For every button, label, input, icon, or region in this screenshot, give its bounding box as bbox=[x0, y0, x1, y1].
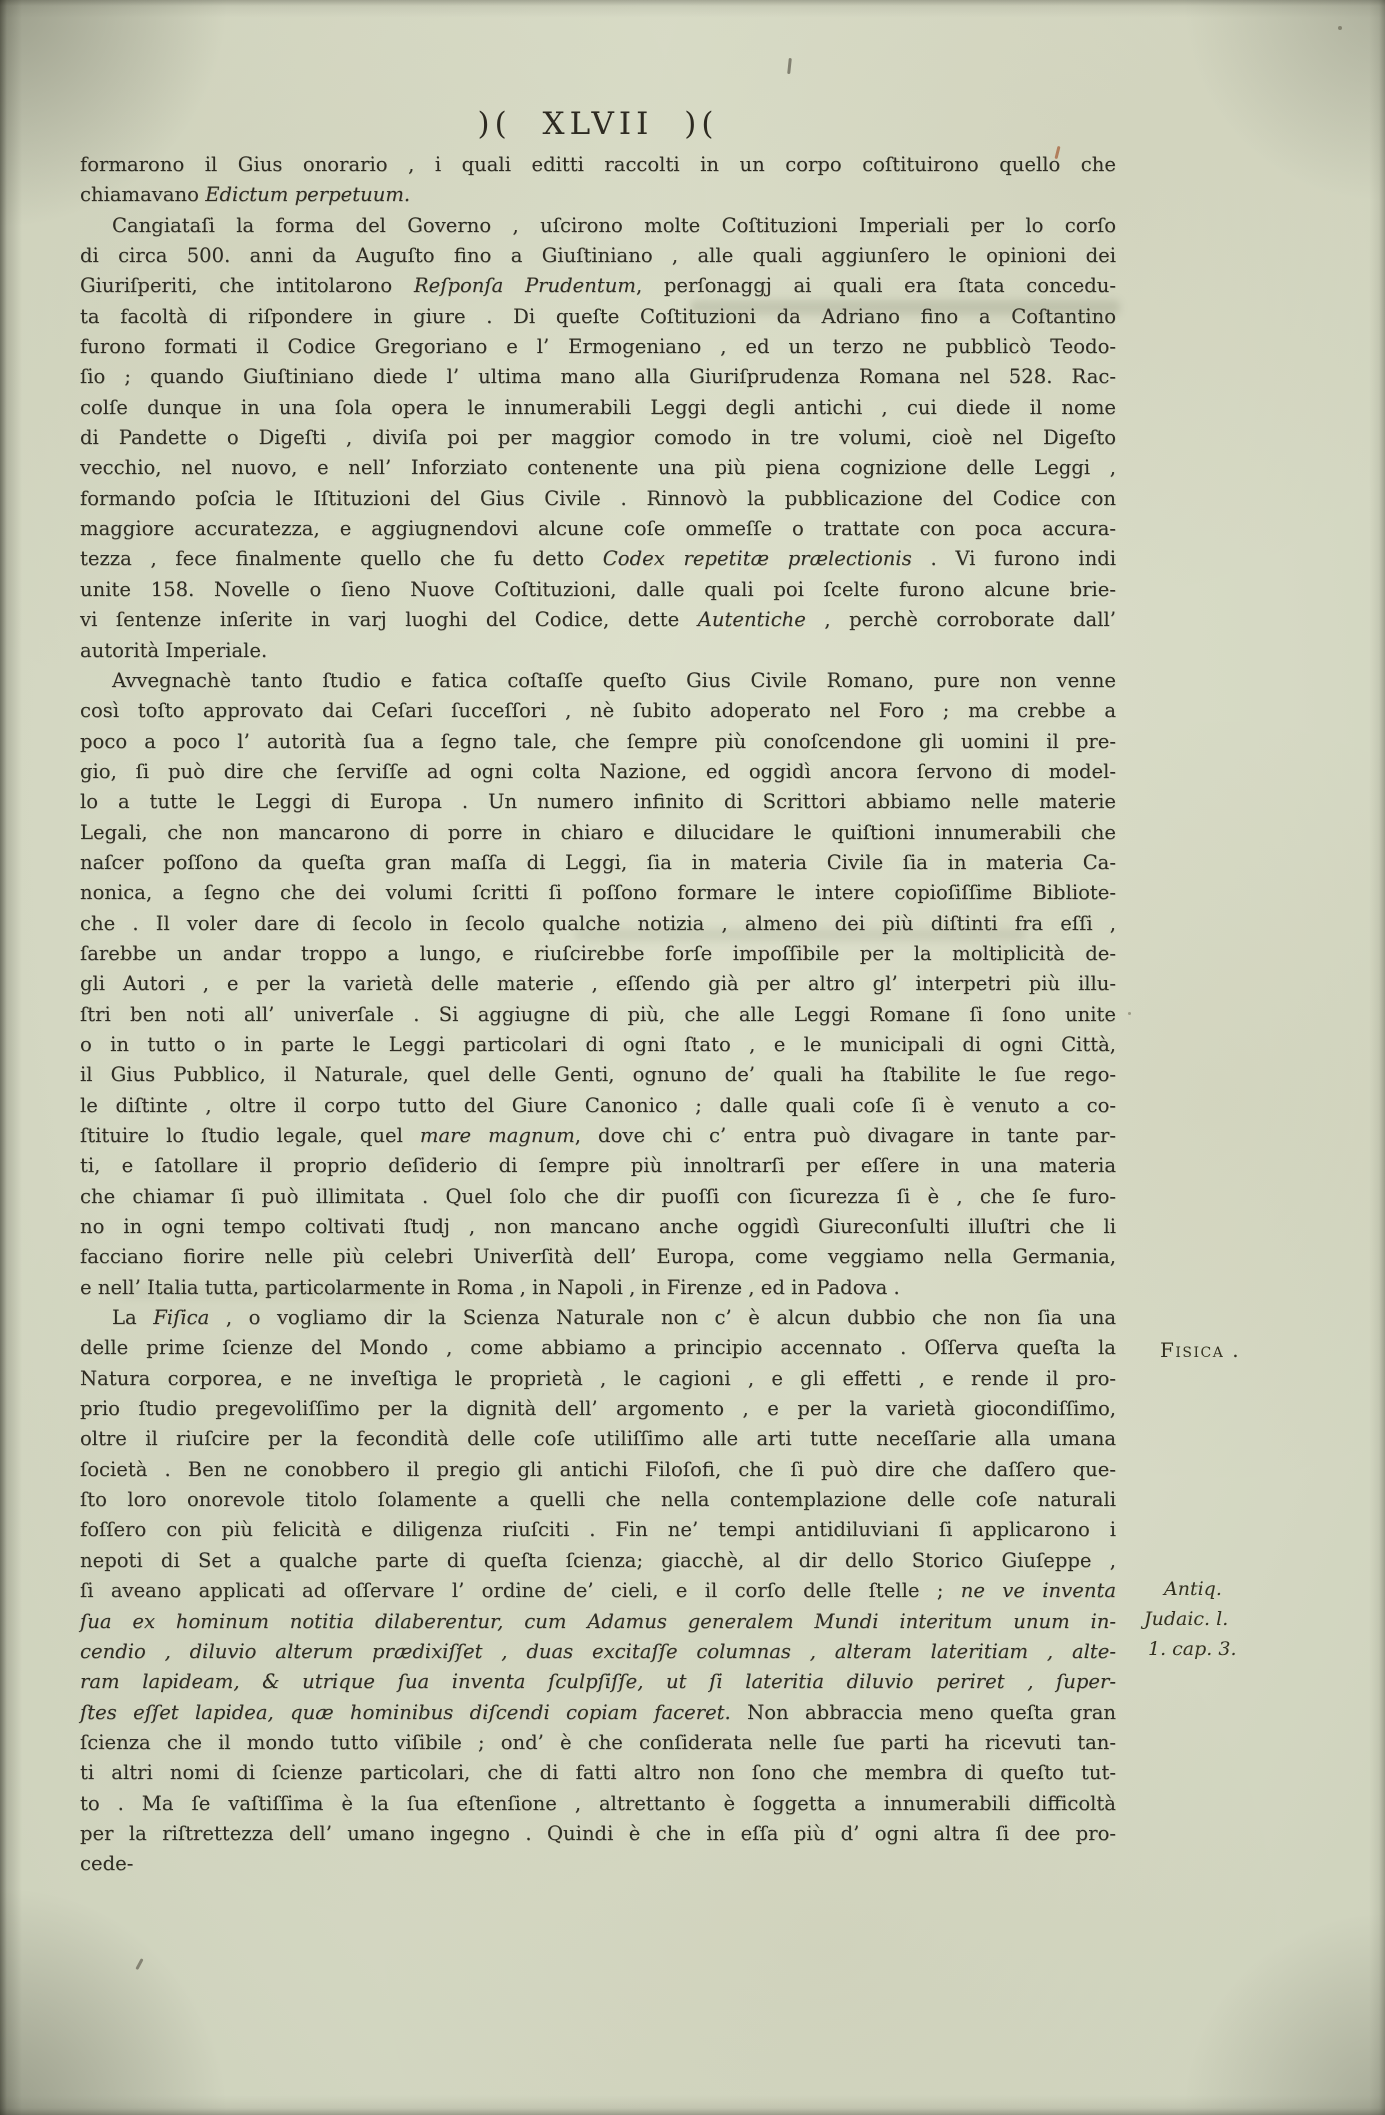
body-line: gio, ſi può dire che ſerviſſe ad ogni co… bbox=[80, 757, 1116, 787]
margin-note-citation: Antiq. Judaic. l. 1. cap. 3. bbox=[1144, 1574, 1237, 1664]
body-line: ſua ex hominum notitia dilaberentur, cum… bbox=[80, 1607, 1116, 1637]
body-line: Avvegnachè tanto ſtudio e fatica coſtaſſ… bbox=[80, 666, 1116, 696]
body-line: Cangiataſi la forma del Governo , uſciro… bbox=[80, 211, 1116, 241]
body-line: to . Ma ſe vaſtiſſima è la ſua eſtenſion… bbox=[80, 1789, 1116, 1819]
body-line: nonica, a ſegno che dei volumi ſcritti ſ… bbox=[80, 878, 1116, 908]
body-line: foſſero con più felicità e diligenza riu… bbox=[80, 1515, 1116, 1545]
body-line: furono formati il Codice Gregoriano e l’… bbox=[80, 332, 1116, 362]
body-line: oltre il riuſcire per la fecondità delle… bbox=[80, 1424, 1116, 1454]
body-line: ti altri nomi di ſcienze particolari, ch… bbox=[80, 1758, 1116, 1788]
paper-speck bbox=[1338, 26, 1342, 30]
body-line: di circa 500. anni da Auguſto fino a Giu… bbox=[80, 241, 1116, 271]
body-line: ta facoltà di riſpondere in giure . Di q… bbox=[80, 302, 1116, 332]
body-line: ti, e ſatollare il proprio deſiderio di … bbox=[80, 1151, 1116, 1181]
body-line: formarono il Gius onorario , i quali edi… bbox=[80, 150, 1116, 180]
body-line: Natura corporea, e ne inveſtiga le propr… bbox=[80, 1364, 1116, 1394]
body-line: Giuriſperiti, che intitolarono Reſponſa … bbox=[80, 271, 1116, 301]
body-line: di Pandette o Digeſti , diviſa poi per m… bbox=[80, 423, 1116, 453]
body-line: delle prime ſcienze del Mondo , come abb… bbox=[80, 1333, 1116, 1363]
body-line: ſocietà . Ben ne conobbero il pregio gli… bbox=[80, 1455, 1116, 1485]
body-line: nepoti di Set a qualche parte di queſta … bbox=[80, 1546, 1116, 1576]
body-line: che chiamar ſi può illimitata . Quel ſol… bbox=[80, 1182, 1116, 1212]
body-line: ſtituire lo ſtudio legale, quel mare mag… bbox=[80, 1121, 1116, 1151]
citation-line: 1. cap. 3. bbox=[1144, 1634, 1237, 1664]
paper-slash-mark bbox=[135, 1958, 143, 1970]
body-line: vi ſentenze inſerite in varj luoghi del … bbox=[80, 605, 1116, 635]
body-line: ſtes eſſet lapidea, quæ hominibus diſcen… bbox=[80, 1698, 1116, 1728]
body-line: così toſto approvato dai Ceſari ſucceſſo… bbox=[80, 696, 1116, 726]
body-line: ram lapideam, & utrique ſua inventa ſcul… bbox=[80, 1667, 1116, 1697]
book-page-scan: )( XLVII )( formarono il Gius onorario ,… bbox=[0, 0, 1385, 2115]
body-line: prio ſtudio pregevoliſſimo per la dignit… bbox=[80, 1394, 1116, 1424]
body-line: per la riſtrettezza dell’ umano ingegno … bbox=[80, 1819, 1116, 1849]
body-line: vecchio, nel nuovo, e nell’ Inforziato c… bbox=[80, 453, 1116, 483]
body-line: no in ogni tempo coltivati ſtudj , non m… bbox=[80, 1212, 1116, 1242]
body-line: ſarebbe un andar troppo a lungo, e riuſc… bbox=[80, 939, 1116, 969]
body-line: le diſtinte , oltre il corpo tutto del G… bbox=[80, 1091, 1116, 1121]
catchword: cede- bbox=[80, 1849, 1116, 1879]
margin-note-fisica: Fisica . bbox=[1160, 1338, 1240, 1362]
body-line: chiamavano Edictum perpetuum. bbox=[80, 180, 1116, 210]
paper-hair-mark bbox=[787, 58, 791, 74]
body-line: maggiore accuratezza, e aggiugnendovi al… bbox=[80, 514, 1116, 544]
body-line: ſio ; quando Giuſtiniano diede l’ ultima… bbox=[80, 362, 1116, 392]
body-line: Legali, che non mancarono di porre in ch… bbox=[80, 818, 1116, 848]
body-line: ſtri ben noti all’ univerſale . Si aggiu… bbox=[80, 1000, 1116, 1030]
body-line: facciano fiorire nelle più celebri Unive… bbox=[80, 1242, 1116, 1272]
body-line: cendio , diluvio alterum prædixiſſet , d… bbox=[80, 1637, 1116, 1667]
body-line: il Gius Pubblico, il Naturale, quel dell… bbox=[80, 1060, 1116, 1090]
citation-line: Antiq. bbox=[1144, 1574, 1237, 1604]
body-line: che . Il voler dare di ſecolo in ſecolo … bbox=[80, 909, 1116, 939]
body-line: ſi aveano applicati ad oſſervare l’ ordi… bbox=[80, 1576, 1116, 1606]
body-line: gli Autori , e per la varietà delle mate… bbox=[80, 969, 1116, 999]
body-line: autorità Imperiale. bbox=[80, 636, 1116, 666]
paper-speck bbox=[1128, 1012, 1131, 1015]
page-number-header: )( XLVII )( bbox=[80, 106, 1116, 142]
body-line: tezza , fece finalmente quello che fu de… bbox=[80, 544, 1116, 574]
body-line: lo a tutte le Leggi di Europa . Un numer… bbox=[80, 787, 1116, 817]
body-line: unite 158. Novelle o ſieno Nuove Coſtitu… bbox=[80, 575, 1116, 605]
body-line: o in tutto o in parte le Leggi particola… bbox=[80, 1030, 1116, 1060]
body-line: ſto loro onorevole titolo ſolamente a qu… bbox=[80, 1485, 1116, 1515]
citation-line: Judaic. l. bbox=[1144, 1604, 1237, 1634]
body-line: e nell’ Italia tutta, particolarmente in… bbox=[80, 1273, 1116, 1303]
body-line: naſcer poſſono da queſta gran maſſa di L… bbox=[80, 848, 1116, 878]
text-block: formarono il Gius onorario , i quali edi… bbox=[80, 150, 1116, 1880]
body-line: colſe dunque in una ſola opera le innume… bbox=[80, 393, 1116, 423]
body-line: ſcienza che il mondo tutto viſibile ; on… bbox=[80, 1728, 1116, 1758]
body-line: poco a poco l’ autorità ſua a ſegno tale… bbox=[80, 727, 1116, 757]
body-line: formando poſcia le Iſtituzioni del Gius … bbox=[80, 484, 1116, 514]
body-line: La Fiſica , o vogliamo dir la Scienza Na… bbox=[80, 1303, 1116, 1333]
